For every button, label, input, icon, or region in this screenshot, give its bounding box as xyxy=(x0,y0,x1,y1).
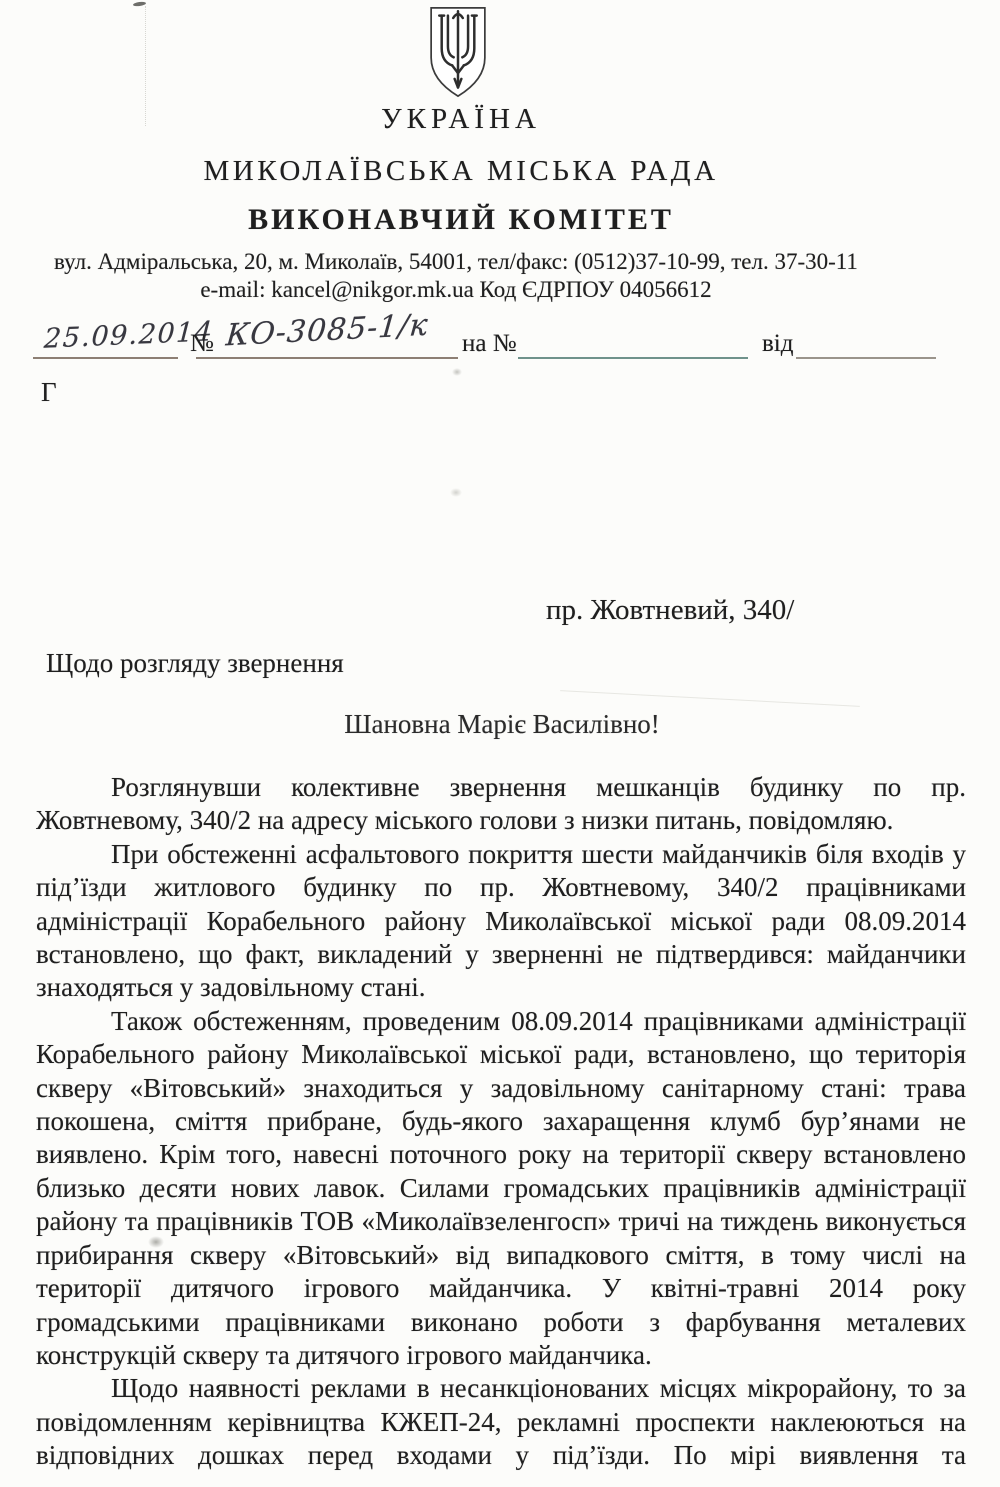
scan-smudge xyxy=(450,488,462,497)
scan-smudge xyxy=(452,368,462,376)
organization-title: МИКОЛАЇВСЬКА МІСЬКА РАДА xyxy=(0,155,922,188)
body-paragraph: Також обстеженням, проведеним 08.09.2014… xyxy=(36,1005,966,1372)
reply-date-label: від xyxy=(762,330,793,358)
date-underline xyxy=(33,357,178,359)
scanned-letter-page: УКРАЇНА МИКОЛАЇВСЬКА МІСЬКА РАДА ВИКОНАВ… xyxy=(0,0,1000,1487)
scan-scratch xyxy=(560,690,860,707)
reply-number-underline xyxy=(518,357,748,359)
reply-date-underline xyxy=(796,357,936,359)
body-paragraph: Розглянувши колективне звернення мешканц… xyxy=(36,771,966,838)
number-underline xyxy=(196,357,458,359)
addressee-corner-mark: Г xyxy=(41,377,57,408)
letter-body: Розглянувши колективне звернення мешканц… xyxy=(36,771,966,1473)
addressee-address: пр. Жовтневий, 340/ xyxy=(546,594,794,627)
reply-to-number-label: на № xyxy=(462,330,517,358)
salutation: Шановна Маріє Василівно! xyxy=(38,709,966,740)
letterhead-contact-line: e-mail: kancel@nikgor.mk.ua Код ЄДРПОУ 0… xyxy=(0,277,912,303)
number-sign-label: № xyxy=(190,330,214,358)
handwritten-outgoing-number: КО-3085-1/к xyxy=(225,308,430,354)
handwritten-date: 25.09.2014 xyxy=(43,316,214,355)
body-paragraph: При обстеженні асфальтового покриття шес… xyxy=(36,838,966,1005)
department-title: ВИКОНАВЧИЙ КОМІТЕТ xyxy=(0,203,922,237)
body-paragraph-truncated: Щодо наявності реклами в несанкціоновани… xyxy=(36,1372,966,1472)
country-title: УКРАЇНА xyxy=(0,103,922,136)
letter-subject: Щодо розгляду звернення xyxy=(46,648,344,679)
ukraine-trident-emblem-icon xyxy=(427,6,489,100)
scan-speck xyxy=(133,1,146,7)
letterhead-address-line: вул. Адміральська, 20, м. Миколаїв, 5400… xyxy=(0,249,912,275)
